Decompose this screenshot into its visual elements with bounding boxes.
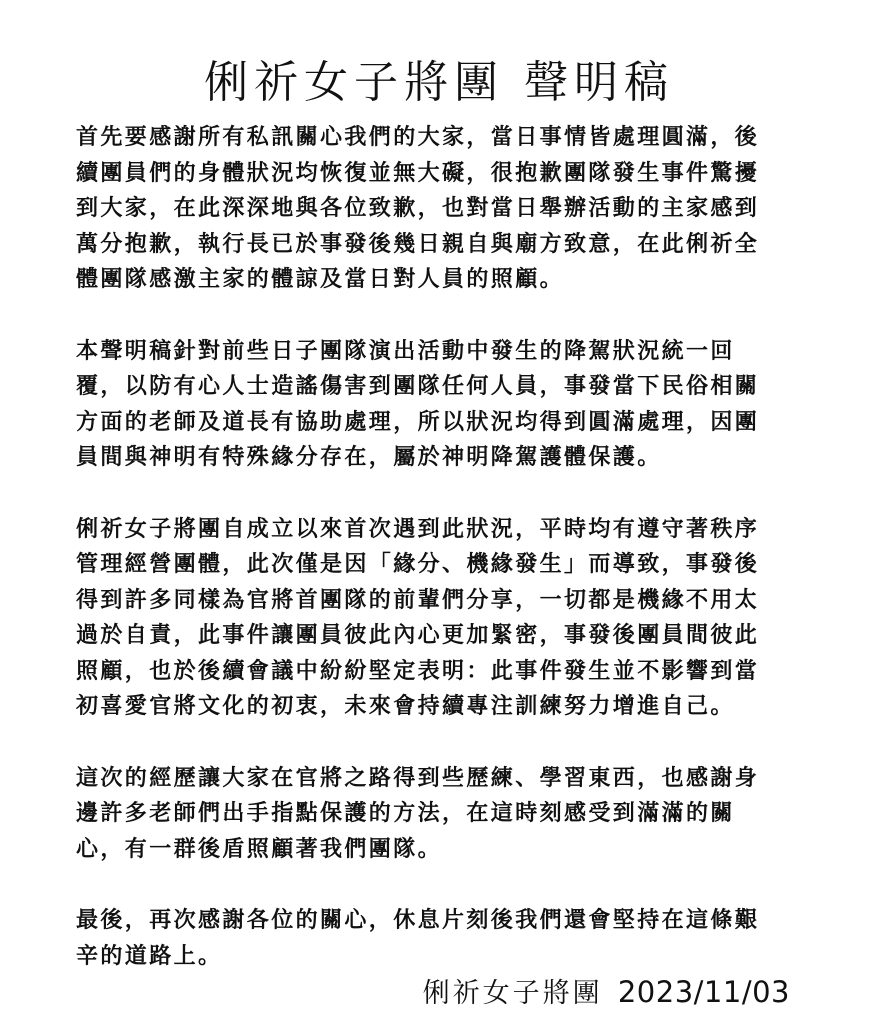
text-line: 心，有一群後盾照顧著我們團隊。 [76, 832, 816, 868]
paragraph-thanks: 首先要感謝所有私訊關心我們的大家，當日事情皆處理圓滿，後 續團員們的身體狀況均恢… [76, 120, 816, 298]
text-line: 員間與神明有特殊緣分存在，屬於神明降駕護體保護。 [76, 440, 816, 476]
text-line: 邊許多老師們出手指點保護的方法，在這時刻感受到滿滿的關 [76, 796, 816, 832]
paragraph-explanation: 本聲明稿針對前些日子團隊演出活動中發生的降駕狀況統一回 覆，以防有心人士造謠傷害… [76, 334, 816, 476]
text-line: 續團員們的身體狀況均恢復並無大礙，很抱歉團隊發生事件驚擾 [76, 156, 816, 192]
text-line: 萬分抱歉，執行長已於事發後幾日親自與廟方致意，在此俐祈全 [76, 227, 816, 263]
text-line: 方面的老師及道長有協助處理，所以狀況均得到圓滿處理，因團 [76, 405, 816, 441]
signature: 俐祈女子將團 2023/11/03 [423, 972, 790, 1014]
paragraph-closing: 最後，再次感謝各位的關心，休息片刻後我們還會堅持在這條艱 辛的道路上。 [76, 903, 816, 974]
text-line: 得到許多同樣為官將首團隊的前輩們分享，一切都是機緣不用太 [76, 583, 816, 619]
text-line: 本聲明稿針對前些日子團隊演出活動中發生的降駕狀況統一回 [76, 334, 816, 370]
text-line: 照顧，也於後續會議中紛紛堅定表明：此事件發生並不影響到當 [76, 654, 816, 690]
text-line: 初喜愛官將文化的初衷，未來會持續專注訓練努力增進自己。 [76, 689, 816, 725]
text-line: 過於自責，此事件讓團員彼此內心更加緊密，事發後團員間彼此 [76, 618, 816, 654]
text-line: 覆，以防有心人士造謠傷害到團隊任何人員，事發當下民俗相關 [76, 369, 816, 405]
text-line: 管理經營團體，此次僅是因「緣分、機緣發生」而導致，事發後 [76, 547, 816, 583]
text-line: 辛的道路上。 [76, 939, 816, 975]
text-line: 到大家，在此深深地與各位致歉，也對當日舉辦活動的主家感到 [76, 191, 816, 227]
document-title: 俐祈女子將團 聲明稿 [0, 53, 878, 113]
text-line: 這次的經歷讓大家在官將之路得到些歷練、學習東西，也感謝身 [76, 761, 816, 797]
text-line: 俐祈女子將團自成立以來首次遇到此狀況，平時均有遵守著秩序 [76, 512, 816, 548]
signature-date: 2023/11/03 [618, 975, 790, 1009]
statement-body: 首先要感謝所有私訊關心我們的大家，當日事情皆處理圓滿，後 續團員們的身體狀況均恢… [76, 120, 816, 1010]
paragraph-experience: 這次的經歷讓大家在官將之路得到些歷練、學習東西，也感謝身 邊許多老師們出手指點保… [76, 761, 816, 868]
signature-organization: 俐祈女子將團 [423, 978, 603, 1009]
text-line: 首先要感謝所有私訊關心我們的大家，當日事情皆處理圓滿，後 [76, 120, 816, 156]
text-line: 最後，再次感謝各位的關心，休息片刻後我們還會堅持在這條艱 [76, 903, 816, 939]
paragraph-team-response: 俐祈女子將團自成立以來首次遇到此狀況，平時均有遵守著秩序 管理經營團體，此次僅是… [76, 512, 816, 725]
text-line: 體團隊感激主家的體諒及當日對人員的照顧。 [76, 262, 816, 298]
